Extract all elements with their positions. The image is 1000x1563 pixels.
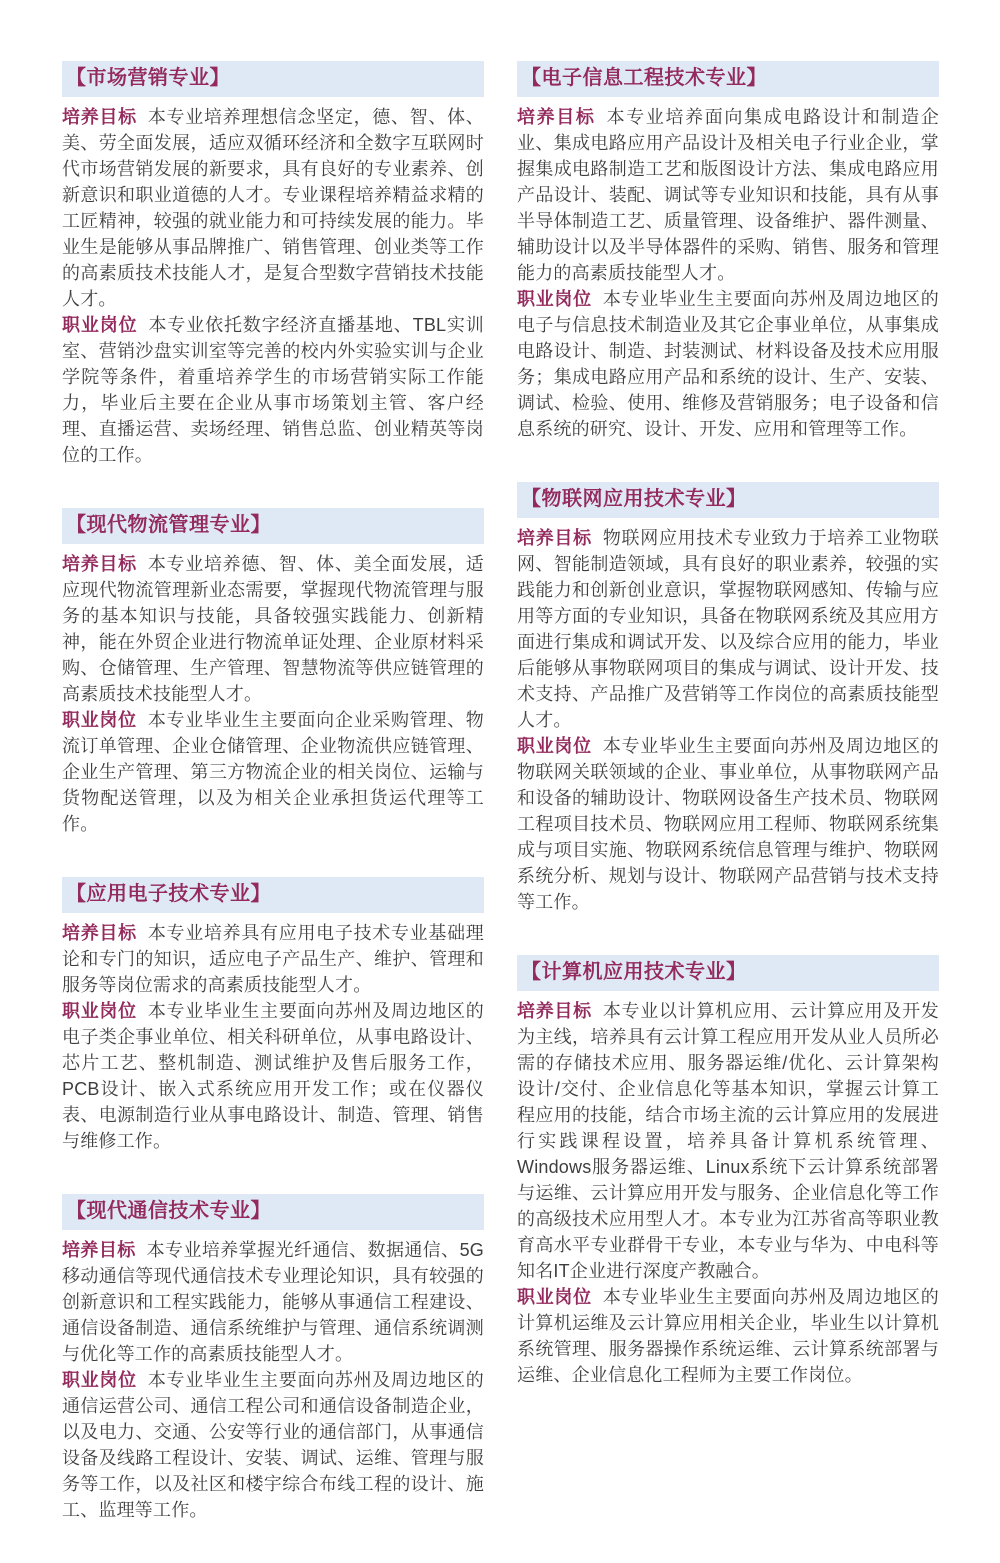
career-positions-paragraph: 职业岗位本专业毕业生主要面向苏州及周边地区的计算机运维及云计算应用相关企业，毕业… — [517, 1284, 939, 1388]
paragraph-label: 培养目标 — [517, 107, 596, 127]
career-positions-paragraph: 职业岗位本专业毕业生主要面向苏州及周边地区的电子类企事业单位、相关科研单位，从事… — [62, 998, 484, 1154]
training-objectives-paragraph: 培养目标本专业培养理想信念坚定，德、智、体、美、劳全面发展，适应双循环经济和全数… — [62, 104, 484, 312]
section-marketing: 【市场营销专业】 培养目标本专业培养理想信念坚定，德、智、体、美、劳全面发展，适… — [62, 61, 484, 468]
section-computer-application-technology: 【计算机应用技术专业】 培养目标本专业以计算机应用、云计算应用及开发为主线，培养… — [517, 955, 939, 1388]
paragraph-label: 职业岗位 — [62, 710, 137, 730]
section-title: 【应用电子技术专业】 — [62, 877, 484, 913]
section-modern-logistics-management: 【现代物流管理专业】 培养目标本专业培养德、智、体、美全面发展，适应现代物流管理… — [62, 508, 484, 837]
career-positions-paragraph: 职业岗位本专业毕业生主要面向苏州及周边地区的物联网关联领域的企业、事业单位，从事… — [517, 733, 939, 915]
paragraph-label: 职业岗位 — [517, 1287, 592, 1307]
paragraph-label: 培养目标 — [62, 107, 137, 127]
training-objectives-paragraph: 培养目标本专业培养德、智、体、美全面发展，适应现代物流管理新业态需要，掌握现代物… — [62, 551, 484, 707]
paragraph-text: 本专业培养面向集成电路设计和制造企业、集成电路应用产品设计及相关电子行业企业，掌… — [517, 107, 939, 283]
majors-introduction-page: 【市场营销专业】 培养目标本专业培养理想信念坚定，德、智、体、美、劳全面发展，适… — [0, 0, 1000, 1563]
section-modern-communication-technology: 【现代通信技术专业】 培养目标本专业培养掌握光纤通信、数据通信、5G移动通信等现… — [62, 1194, 484, 1523]
paragraph-text: 本专业毕业生主要面向苏州及周边地区的电子与信息技术制造业及其它企事业单位，从事集… — [517, 289, 939, 439]
paragraph-text: 物联网应用技术专业致力于培养工业物联网、智能制造领域，具有良好的职业素养，较强的… — [517, 528, 939, 730]
paragraph-text: 本专业培养德、智、体、美全面发展，适应现代物流管理新业态需要，掌握现代物流管理与… — [62, 554, 484, 704]
paragraph-label: 培养目标 — [517, 528, 592, 548]
career-positions-paragraph: 职业岗位本专业毕业生主要面向苏州及周边地区的电子与信息技术制造业及其它企事业单位… — [517, 286, 939, 442]
section-electronic-information-engineering: 【电子信息工程技术专业】 培养目标本专业培养面向集成电路设计和制造企业、集成电路… — [517, 61, 939, 442]
paragraph-label: 培养目标 — [517, 1001, 592, 1021]
paragraph-text: 本专业依托数字经济直播基地、TBL实训室、营销沙盘实训室等完善的校内外实验实训与… — [62, 315, 484, 465]
training-objectives-paragraph: 培养目标本专业培养掌握光纤通信、数据通信、5G移动通信等现代通信技术专业理论知识… — [62, 1237, 484, 1367]
left-column: 【市场营销专业】 培养目标本专业培养理想信念坚定，德、智、体、美、劳全面发展，适… — [62, 61, 484, 1523]
paragraph-text: 本专业以计算机应用、云计算应用及开发为主线，培养具有云计算工程应用开发从业人员所… — [517, 1001, 939, 1281]
paragraph-text: 本专业毕业生主要面向苏州及周边地区的物联网关联领域的企业、事业单位，从事物联网产… — [517, 736, 939, 912]
training-objectives-paragraph: 培养目标本专业培养具有应用电子技术专业基础理论和专门的知识，适应电子产品生产、维… — [62, 920, 484, 998]
paragraph-label: 职业岗位 — [517, 736, 592, 756]
section-title: 【电子信息工程技术专业】 — [517, 61, 939, 97]
paragraph-text: 本专业培养理想信念坚定，德、智、体、美、劳全面发展，适应双循环经济和全数字互联网… — [62, 107, 484, 309]
paragraph-label: 职业岗位 — [517, 289, 592, 309]
paragraph-label: 职业岗位 — [62, 315, 137, 335]
right-column: 【电子信息工程技术专业】 培养目标本专业培养面向集成电路设计和制造企业、集成电路… — [517, 61, 939, 1523]
paragraph-label: 培养目标 — [62, 554, 137, 574]
section-title: 【现代物流管理专业】 — [62, 508, 484, 544]
training-objectives-paragraph: 培养目标本专业培养面向集成电路设计和制造企业、集成电路应用产品设计及相关电子行业… — [517, 104, 939, 286]
section-title: 【计算机应用技术专业】 — [517, 955, 939, 991]
paragraph-label: 培养目标 — [62, 1240, 136, 1260]
section-applied-electronics-technology: 【应用电子技术专业】 培养目标本专业培养具有应用电子技术专业基础理论和专门的知识… — [62, 877, 484, 1154]
training-objectives-paragraph: 培养目标本专业以计算机应用、云计算应用及开发为主线，培养具有云计算工程应用开发从… — [517, 998, 939, 1284]
career-positions-paragraph: 职业岗位本专业依托数字经济直播基地、TBL实训室、营销沙盘实训室等完善的校内外实… — [62, 312, 484, 468]
paragraph-label: 职业岗位 — [62, 1370, 137, 1390]
paragraph-text: 本专业毕业生主要面向苏州及周边地区的通信运营公司、通信工程公司和通信设备制造企业… — [62, 1370, 484, 1520]
section-iot-application-technology: 【物联网应用技术专业】 培养目标物联网应用技术专业致力于培养工业物联网、智能制造… — [517, 482, 939, 915]
section-title: 【物联网应用技术专业】 — [517, 482, 939, 518]
career-positions-paragraph: 职业岗位本专业毕业生主要面向企业采购管理、物流订单管理、企业仓储管理、企业物流供… — [62, 707, 484, 837]
paragraph-label: 培养目标 — [62, 923, 137, 943]
career-positions-paragraph: 职业岗位本专业毕业生主要面向苏州及周边地区的通信运营公司、通信工程公司和通信设备… — [62, 1367, 484, 1523]
paragraph-text: 本专业毕业生主要面向苏州及周边地区的电子类企事业单位、相关科研单位，从事电路设计… — [62, 1001, 484, 1151]
paragraph-label: 职业岗位 — [62, 1001, 137, 1021]
training-objectives-paragraph: 培养目标物联网应用技术专业致力于培养工业物联网、智能制造领域，具有良好的职业素养… — [517, 525, 939, 733]
section-title: 【市场营销专业】 — [62, 61, 484, 97]
section-title: 【现代通信技术专业】 — [62, 1194, 484, 1230]
